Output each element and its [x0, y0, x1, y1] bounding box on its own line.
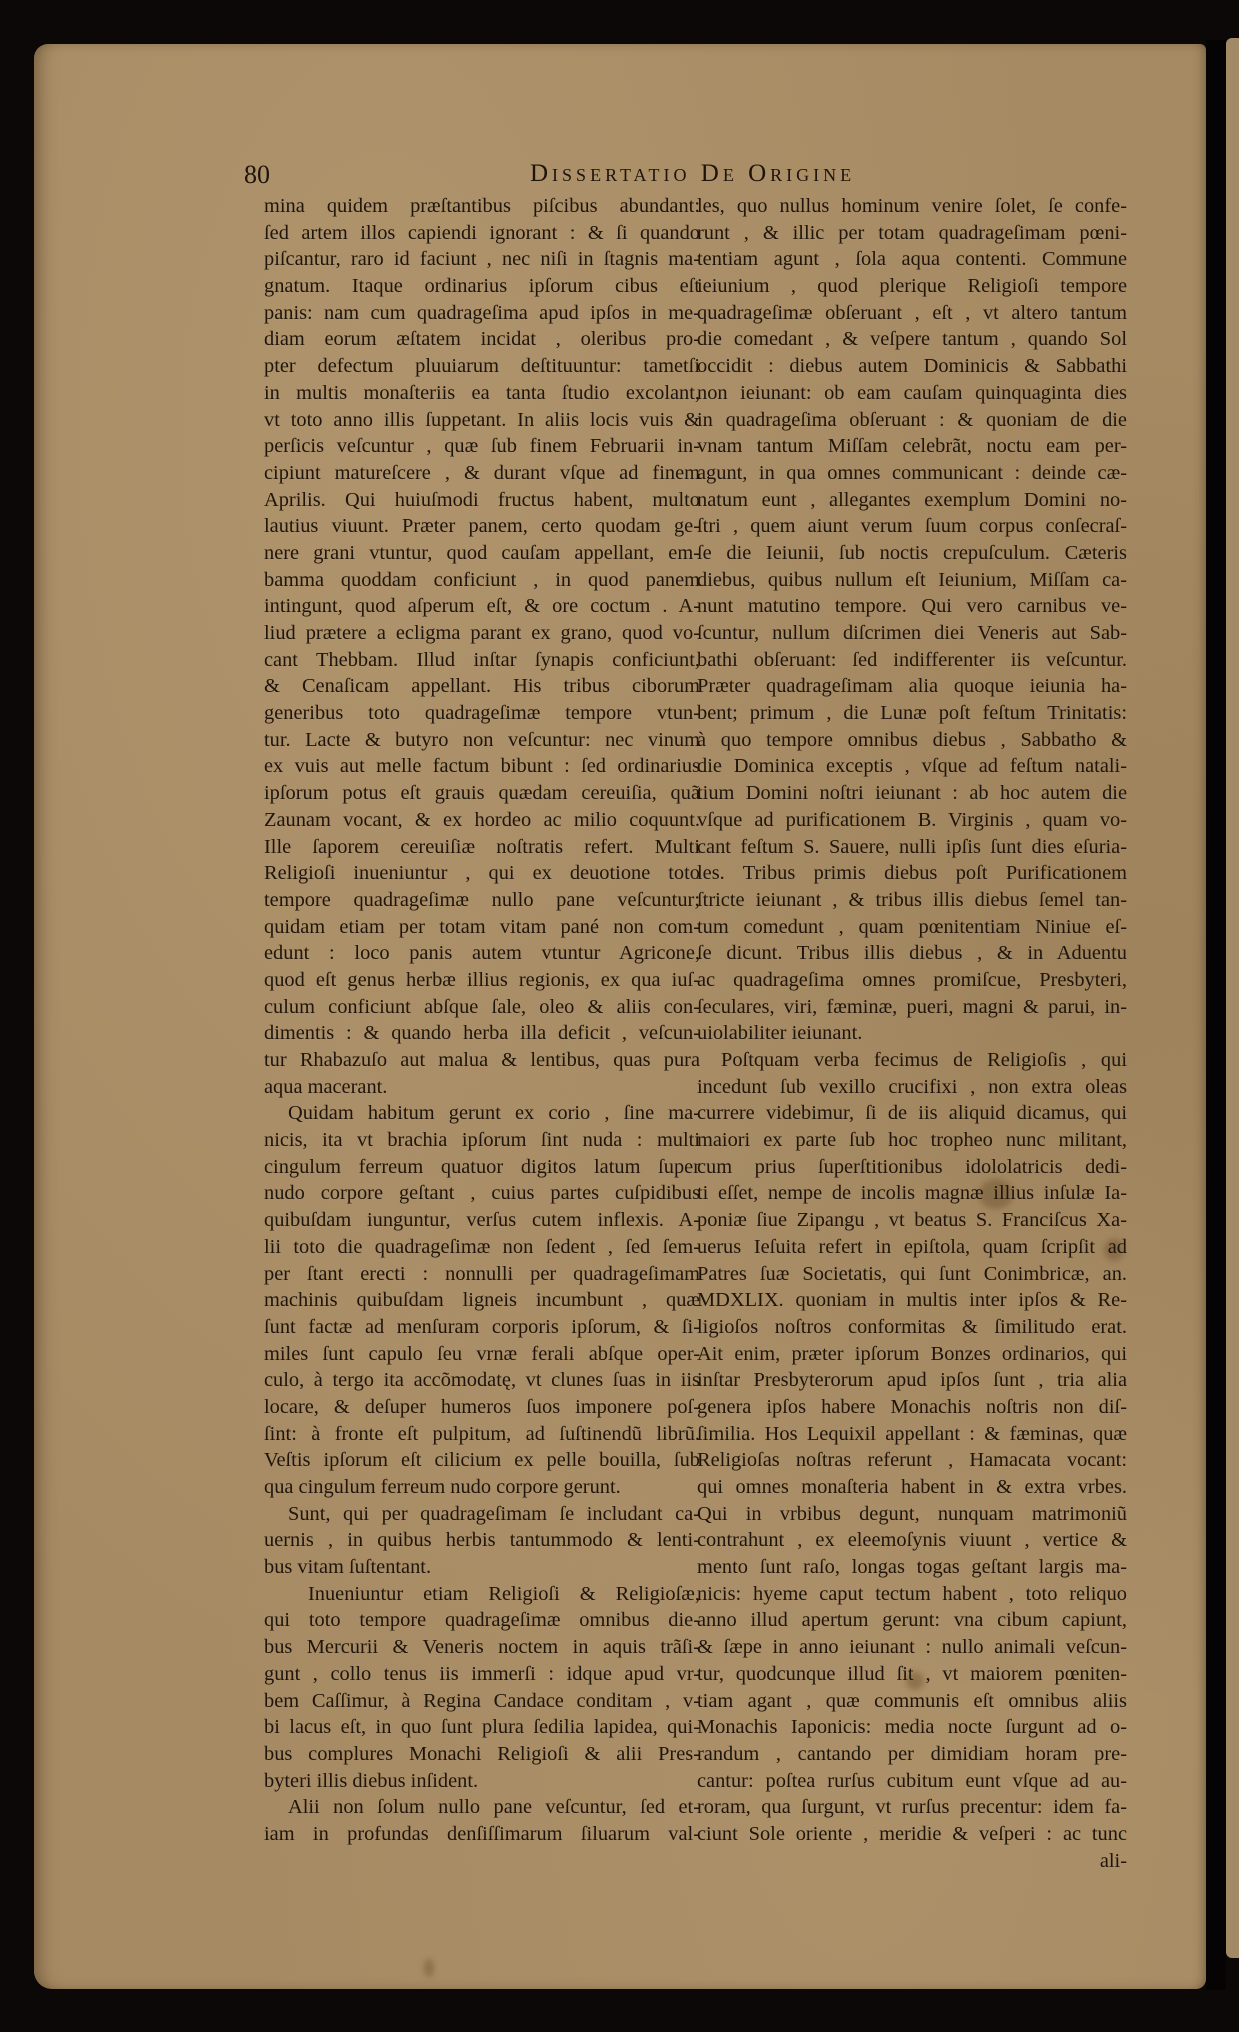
page-header: 80 Dissertatio De Origine	[244, 160, 1124, 194]
text-line: nere grani vtuntur, quod cauſam appellan…	[264, 540, 700, 567]
text-line: ipſorum potus eſt grauis quædam cereuiſi…	[264, 780, 700, 807]
text-line: bus Mercurii & Veneris noctem in aquis t…	[264, 1634, 700, 1661]
text-line: mento ſunt raſo, longas togas geſtant la…	[697, 1554, 1127, 1581]
text-line: ligioſos noſtros conformitas & ſimilitud…	[697, 1314, 1127, 1341]
text-line: Religioſas noſtras referunt , Hamacata v…	[697, 1447, 1127, 1474]
text-line: bent; primum , die Lunæ poſt feſtum Trin…	[697, 700, 1127, 727]
text-line: les. Tribus primis diebus poſt Purificat…	[697, 860, 1127, 887]
text-line: Aprilis. Qui huiuſmodi fructus habent, m…	[264, 487, 700, 514]
text-line: cingulum ferreum quatuor digitos latum ſ…	[264, 1154, 700, 1181]
text-line: ſe die Ieiunii, ſub noctis crepuſculum. …	[697, 540, 1127, 567]
text-line: piſcantur, raro id faciunt , nec niſi in…	[264, 246, 700, 273]
text-line: die Dominica exceptis , vſque ad feſtum …	[697, 753, 1127, 780]
text-line: in multis monaſteriis ea tanta ſtudio ex…	[264, 380, 700, 407]
text-line: Præter quadrageſimam alia quoque ieiunia…	[697, 673, 1127, 700]
text-line: Quidam habitum gerunt ex corio , ſine ma…	[264, 1100, 700, 1127]
text-line: les, quo nullus hominum venire ſolet, ſe…	[697, 193, 1127, 220]
text-line: ſtricte ieiunant , & tribus illis diebus…	[697, 887, 1127, 914]
text-line: Qui in vrbibus degunt, nunquam matrimoni…	[697, 1501, 1127, 1528]
text-line: aqua macerant.	[264, 1074, 700, 1101]
text-line: diebus, quibus nullum eſt Ieiunium, Miſſ…	[697, 567, 1127, 594]
text-line: per ſtant erecti : nonnulli per quadrage…	[264, 1261, 700, 1288]
text-line: MDXLIX. quoniam in multis inter ipſos & …	[697, 1287, 1127, 1314]
text-line: lii toto die quadrageſimæ non ſedent , ſ…	[264, 1234, 700, 1261]
running-title: Dissertatio De Origine	[530, 160, 855, 188]
text-line: culo, à tergo ita accõmodatę, vt clunes …	[264, 1367, 700, 1394]
text-line: poniæ ſiue Zipangu , vt beatus S. Franci…	[697, 1207, 1127, 1234]
text-line: bi lacus eſt, in quo ſunt plura ſedilia …	[264, 1714, 700, 1741]
text-line: culum conficiunt abſque ſale, oleo & ali…	[264, 994, 700, 1021]
text-line: contrahunt , ex eleemoſynis viuunt , ver…	[697, 1527, 1127, 1554]
text-line: natum eunt , allegantes exemplum Domini …	[697, 487, 1127, 514]
text-line: vnam tantum Miſſam celebrãt, noctu eam p…	[697, 433, 1127, 460]
text-line: quod eſt genus herbæ illius regionis, ex…	[264, 967, 700, 994]
text-line: occidit : diebus autem Dominicis & Sabba…	[697, 353, 1127, 380]
text-line: & ſæpe in anno ieiunant : nullo animali …	[697, 1634, 1127, 1661]
text-line: iam in profundas denſiſſimarum ſiluarum …	[264, 1821, 700, 1848]
text-line: Ille ſaporem cereuiſiæ noſtratis refert.…	[264, 834, 700, 861]
text-line: edunt : loco panis autem vtuntur Agricon…	[264, 940, 700, 967]
text-line: uerus Ieſuita refert in epiſtola, quam ſ…	[697, 1234, 1127, 1261]
text-line: die comedant , & veſpere tantum , quando…	[697, 326, 1127, 353]
text-line: tiam agant , quæ communis eſt omnibus al…	[697, 1688, 1127, 1715]
text-line: pter defectum pluuiarum deſtituuntur: ta…	[264, 353, 700, 380]
text-line: tentiam agunt , ſola aqua contenti. Comm…	[697, 246, 1127, 273]
text-line: Religioſi inueniuntur , qui ex deuotione…	[264, 860, 700, 887]
text-line: Inueniuntur etiam Religioſi & Religioſæ,	[264, 1581, 700, 1608]
text-line: machinis quibuſdam ligneis incumbunt , q…	[264, 1287, 700, 1314]
text-line: nicis, ita vt brachia ipſorum ſint nuda …	[264, 1127, 700, 1154]
text-line: miles ſunt capulo ſeu vrnæ ferali abſque…	[264, 1341, 700, 1368]
right-text-column: les, quo nullus hominum venire ſolet, ſe…	[697, 193, 1127, 1874]
text-line: generibus toto quadrageſimæ tempore vtun…	[264, 700, 700, 727]
left-text-column: mina quidem præſtantibus piſcibus abunda…	[264, 193, 700, 1848]
text-line: ſeculares, viri, fæminæ, pueri, magni & …	[697, 994, 1127, 1021]
text-line: Zaunam vocant, & ex hordeo ac milio coqu…	[264, 807, 700, 834]
text-line: ſunt factæ ad menſuram corporis ipſorum,…	[264, 1314, 700, 1341]
text-line: nicis: hyeme caput tectum habent , toto …	[697, 1581, 1127, 1608]
text-line: Poſtquam verba fecimus de Religioſis , q…	[697, 1047, 1127, 1074]
text-line: gnatum. Itaque ordinarius ipſorum cibus …	[264, 273, 700, 300]
text-line: cant feſtum S. Sauere, nulli ipſis ſunt …	[697, 834, 1127, 861]
next-page-edge	[1226, 38, 1239, 1958]
text-line: panis: nam cum quadrageſima apud ipſos i…	[264, 300, 700, 327]
foxing-stain	[424, 1959, 434, 1977]
text-line: bem Caſſimur, à Regina Candace conditam …	[264, 1688, 700, 1715]
text-line: nunt matutino tempore. Qui vero carnibus…	[697, 593, 1127, 620]
text-line: quadrageſimæ obſeruant , eſt , vt altero…	[697, 300, 1127, 327]
text-line: à quo tempore omnibus diebus , Sabbatho …	[697, 727, 1127, 754]
text-line: tum comedunt , quam pœnitentiam Niniue e…	[697, 914, 1127, 941]
text-line: locare, & deſuper humeros ſuos imponere …	[264, 1394, 700, 1421]
text-line: tempore quadrageſimæ nullo pane veſcuntu…	[264, 887, 700, 914]
text-line: non ieiunant: ob eam cauſam quinquaginta…	[697, 380, 1127, 407]
text-line: ali-	[697, 1848, 1127, 1875]
text-line: inſtar Presbyterorum apud ipſos ſunt , t…	[697, 1367, 1127, 1394]
text-line: ac quadrageſima omnes promiſcue, Presbyt…	[697, 967, 1127, 994]
text-line: Monachis Iaponicis: media nocte ſurgunt …	[697, 1714, 1127, 1741]
text-line: mina quidem præſtantibus piſcibus abunda…	[264, 193, 700, 220]
text-line: ſtri , quem aiunt verum ſuum corpus conſ…	[697, 513, 1127, 540]
text-line: incedunt ſub vexillo crucifixi , non ext…	[697, 1074, 1127, 1101]
text-line: in quadrageſima obſeruant : & quoniam de…	[697, 407, 1127, 434]
text-line: qui toto tempore quadrageſimæ omnibus di…	[264, 1607, 700, 1634]
text-line: byteri illis diebus inſident.	[264, 1768, 700, 1795]
text-line: bus vitam ſuſtentant.	[264, 1554, 700, 1581]
text-line: tur, quodcunque illud ſit , vt maiorem p…	[697, 1661, 1127, 1688]
text-line: cant Thebbam. Illud inſtar ſynapis confi…	[264, 647, 700, 674]
text-line: tium Domini noſtri ieiunant : ab hoc aut…	[697, 780, 1127, 807]
text-line: perſicis veſcuntur , quæ ſub finem Febru…	[264, 433, 700, 460]
page-number: 80	[244, 160, 270, 190]
text-line: cipiunt matureſcere , & durant vſque ad …	[264, 460, 700, 487]
text-line: currere videbimur, ſi de iis aliquid dic…	[697, 1100, 1127, 1127]
text-line: tur Rhabazuſo aut malua & lentibus, quas…	[264, 1047, 700, 1074]
text-line: cum prius ſuperſtitionibus idololatricis…	[697, 1154, 1127, 1181]
text-line: ciunt Sole oriente , meridie & veſperi :…	[697, 1821, 1127, 1848]
text-line: lautius viuunt. Præter panem, certo quod…	[264, 513, 700, 540]
text-line: qui omnes monaſteria habent in & extra v…	[697, 1474, 1127, 1501]
text-line: bus complures Monachi Religioſi & alii P…	[264, 1741, 700, 1768]
text-line: uernis , in quibus herbis tantummodo & l…	[264, 1527, 700, 1554]
text-line: ſimilia. Hos Lequixil appellant : & fæmi…	[697, 1421, 1127, 1448]
text-line: maiori ex parte ſub hoc tropheo nunc mil…	[697, 1127, 1127, 1154]
text-line: vt toto anno illis ſuppetant. In aliis l…	[264, 407, 700, 434]
text-line: bamma quoddam conficiunt , in quod panem	[264, 567, 700, 594]
text-line: Ait enim, præter ipſorum Bonzes ordinari…	[697, 1341, 1127, 1368]
text-line: Sunt, qui per quadrageſimam ſe includant…	[264, 1501, 700, 1528]
text-line: randum , cantando per dimidiam horam pre…	[697, 1741, 1127, 1768]
text-line: liud prætere a ecligma parant ex grano, …	[264, 620, 700, 647]
text-line: diam eorum æſtatem incidat , oleribus pr…	[264, 326, 700, 353]
text-line: ſe dicunt. Tribus illis diebus , & in Ad…	[697, 940, 1127, 967]
text-line: nudo corpore geſtant , cuius partes cuſp…	[264, 1180, 700, 1207]
text-line: ieiunium , quod plerique Religioſi tempo…	[697, 273, 1127, 300]
text-line: bathi obſeruant: ſed indifferenter iis v…	[697, 647, 1127, 674]
text-line: gunt , collo tenus iis immerſi : idque a…	[264, 1661, 700, 1688]
text-line: ſint: à fronte eſt pulpitum, ad ſuſtinen…	[264, 1421, 700, 1448]
text-line: Alii non ſolum nullo pane veſcuntur, ſed…	[264, 1794, 700, 1821]
text-line: tur. Lacte & butyro non veſcuntur: nec v…	[264, 727, 700, 754]
text-line: intingunt, quod aſperum eſt, & ore coctu…	[264, 593, 700, 620]
text-line: quibuſdam iunguntur, verſus cutem inflex…	[264, 1207, 700, 1234]
text-line: roram, qua ſurgunt, vt rurſus precentur:…	[697, 1794, 1127, 1821]
text-line: ſed artem illos capiendi ignorant : & ſi…	[264, 220, 700, 247]
text-line: anno illud apertum gerunt: vna cibum cap…	[697, 1607, 1127, 1634]
text-line: dimentis : & quando herba illa deficit ,…	[264, 1020, 700, 1047]
text-line: runt , & illic per totam quadrageſimam p…	[697, 220, 1127, 247]
text-line: & Cenaſicam appellant. His tribus ciboru…	[264, 673, 700, 700]
text-line: Veſtis ipſorum eſt cilicium ex pelle bou…	[264, 1447, 700, 1474]
binding-gutter	[1206, 40, 1226, 1990]
text-line: genera ipſos habere Monachis noſtris non…	[697, 1394, 1127, 1421]
text-line: ex vuis aut melle factum bibunt : ſed or…	[264, 753, 700, 780]
text-line: ti eſſet, nempe de incolis magnæ illius …	[697, 1180, 1127, 1207]
text-line: agunt, in qua omnes communicant : deinde…	[697, 460, 1127, 487]
text-line: ſcuntur, nullum diſcrimen diei Veneris a…	[697, 620, 1127, 647]
text-line: uiolabiliter ieiunant.	[697, 1020, 1127, 1047]
text-line: vſque ad purificationem B. Virginis , qu…	[697, 807, 1127, 834]
text-line: cantur: poſtea rurſus cubitum eunt vſque…	[697, 1768, 1127, 1795]
text-line: qua cingulum ferreum nudo corpore gerunt…	[264, 1474, 700, 1501]
text-line: quidam etiam per totam vitam pané non co…	[264, 914, 700, 941]
text-line: Patres ſuæ Societatis, qui ſunt Conimbri…	[697, 1261, 1127, 1288]
